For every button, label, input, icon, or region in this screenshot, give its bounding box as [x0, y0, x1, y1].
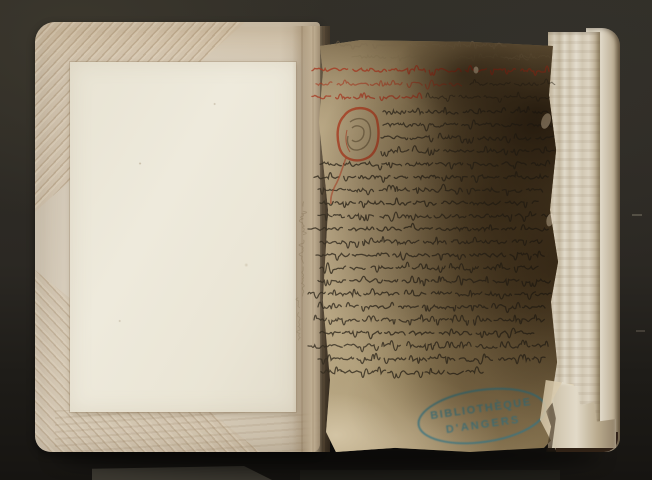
manuscript-photograph: BIBLIOTHÈQUE D'ANGERS — [0, 0, 652, 480]
backdrop-scratch — [632, 214, 642, 216]
stain-overlay — [316, 36, 562, 452]
backdrop-scratch — [636, 330, 645, 332]
parchment-bottom-creases — [55, 410, 320, 452]
blank-paper-pastedown — [70, 62, 296, 412]
